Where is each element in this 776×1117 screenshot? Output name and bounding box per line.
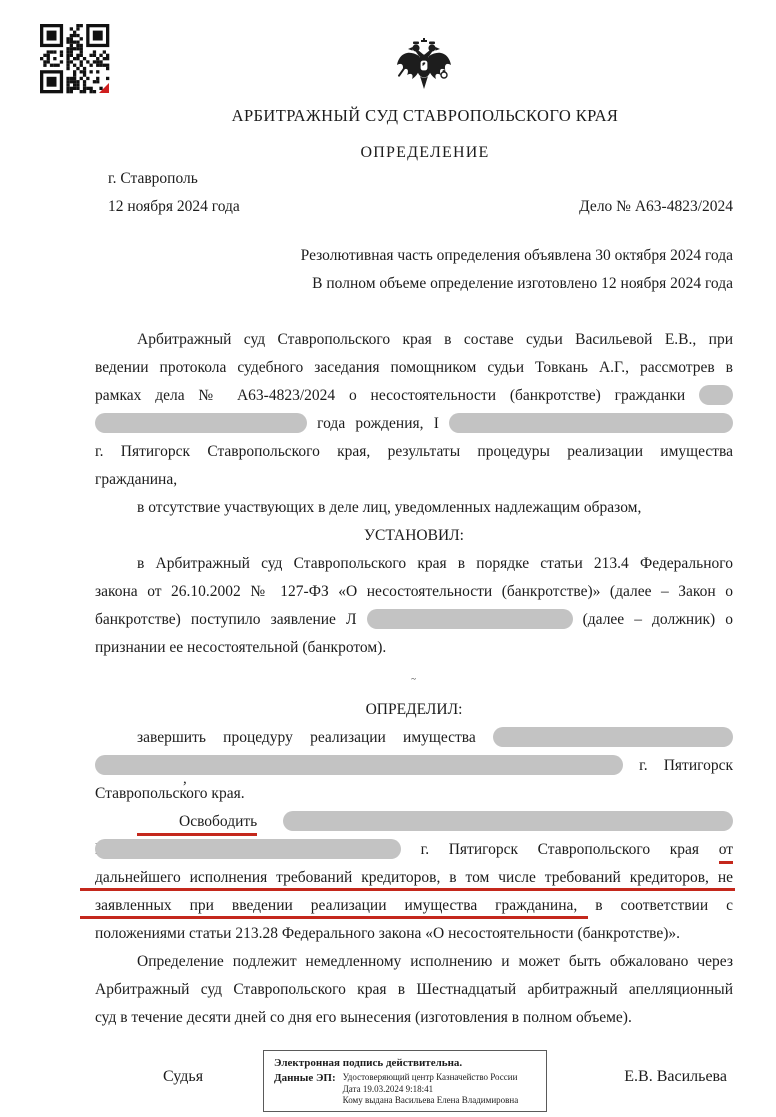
judge-name: Е.В. Васильева xyxy=(95,1068,727,1086)
redaction-bar xyxy=(95,755,623,775)
body-line-18: Освободить ИНН xyxy=(95,808,733,836)
body-text: г. Пятигорск xyxy=(639,757,733,774)
body-text: положениями статьи 213.28 Федерального з… xyxy=(95,925,680,942)
body-line-14: ОПРЕДЕЛИЛ: xyxy=(95,696,733,724)
body-text: суд в течение десяти дней со дня его вын… xyxy=(95,1009,632,1026)
body-line-21: заявленных при введении реализации имуще… xyxy=(95,892,733,920)
announcement-block: Резолютивная часть определения объявлена… xyxy=(95,242,733,298)
body-text: в Арбитражный суд Ставропольского края в… xyxy=(137,555,733,572)
body-text: І xyxy=(434,415,439,432)
red-underline-bar xyxy=(80,888,735,891)
body-text: ведении протокола судебного заседания по… xyxy=(95,359,733,376)
body-line-5: г. Пятигорск Ставропольского края, резул… xyxy=(95,438,733,466)
body-line-3: рамках дела № А63-4823/2024 о несостояте… xyxy=(95,382,733,410)
document-body: Арбитражный суд Ставропольского края в с… xyxy=(95,326,733,1032)
body-line-25: суд в течение десяти дней со дня его вын… xyxy=(95,1004,733,1032)
body-line-2: ведении протокола судебного заседания по… xyxy=(95,354,733,382)
body-line-13: ~ xyxy=(95,662,733,696)
body-line-7: в отсутствие участвующих в деле лиц, уве… xyxy=(95,494,733,522)
body-text: банкротстве) поступило заявление Л xyxy=(95,611,357,628)
body-line-10: закона от 26.10.2002 № 127-ФЗ «О несосто… xyxy=(95,578,733,606)
redaction-bar xyxy=(449,413,733,433)
coat-of-arms-icon xyxy=(394,38,454,96)
body-line-6: гражданина, xyxy=(95,466,733,494)
city-line: г. Ставрополь xyxy=(108,170,198,188)
case-number: Дело № А63-4823/2024 xyxy=(95,198,733,216)
body-line-4: года рождения, І xyxy=(95,410,733,438)
red-underlined-text: Освободить xyxy=(137,812,257,836)
body-text: дальнейшего исполнения требований кредит… xyxy=(95,869,733,886)
redaction-bar xyxy=(95,413,307,433)
body-text: г. Пятигорск Ставропольского края xyxy=(421,841,699,858)
body-text: ~ xyxy=(411,674,417,684)
body-text: рамках дела № А63-4823/2024 о несостояте… xyxy=(95,387,685,404)
body-text: Арбитражный суд Ставропольского края в с… xyxy=(137,331,733,348)
body-line-15: завершить процедуру реализации имущества xyxy=(95,724,733,752)
redaction-bar xyxy=(283,811,733,831)
red-underlined-text: от xyxy=(719,840,733,864)
resolutive-part-line: Резолютивная часть определения объявлена… xyxy=(95,242,733,270)
body-line-9: в Арбитражный суд Ставропольского края в… xyxy=(95,550,733,578)
body-text: Определение подлежит немедленному исполн… xyxy=(137,953,733,970)
qr-code xyxy=(40,24,110,94)
redaction-bar xyxy=(699,385,733,405)
red-underline-bar xyxy=(80,916,588,919)
body-line-16: г. Пятигорск xyxy=(95,752,733,780)
body-text: УСТАНОВИЛ: xyxy=(364,527,464,544)
body-line-22: положениями статьи 213.28 Федерального з… xyxy=(95,920,733,948)
body-line-12: признании ее несостоятельной (банкротом)… xyxy=(95,634,733,662)
body-text: в отсутствие участвующих в деле лиц, уве… xyxy=(137,499,641,516)
body-text: гражданина, xyxy=(95,471,177,488)
body-text: (далее – должник) о xyxy=(583,611,733,628)
body-line-8: УСТАНОВИЛ: xyxy=(95,522,733,550)
court-name: АРБИТРАЖНЫЙ СУД СТАВРОПОЛЬСКОГО КРАЯ xyxy=(95,106,755,126)
body-text: ОПРЕДЕЛИЛ: xyxy=(366,701,463,718)
redaction-bar xyxy=(95,839,401,859)
court-ruling-document: АРБИТРАЖНЫЙ СУД СТАВРОПОЛЬСКОГО КРАЯ ОПР… xyxy=(0,0,776,1117)
stamp-value-line: Кому выдана Васильева Елена Владимировна xyxy=(343,1095,519,1107)
body-text: закона от 26.10.2002 № 127-ФЗ «О несосто… xyxy=(95,583,733,600)
body-line-24: Арбитражный суд Ставропольского края в Ш… xyxy=(95,976,733,1004)
document-type-title: ОПРЕДЕЛЕНИЕ xyxy=(95,144,755,162)
redaction-bar xyxy=(493,727,733,747)
body-line-1: Арбитражный суд Ставропольского края в с… xyxy=(95,326,733,354)
body-line-23: Определение подлежит немедленному исполн… xyxy=(95,948,733,976)
body-text: заявленных при введении реализации имуще… xyxy=(95,897,733,914)
body-text: завершить процедуру реализации имущества xyxy=(137,729,476,746)
redaction-bar xyxy=(367,609,573,629)
body-line-11: банкротстве) поступило заявление Л (дале… xyxy=(95,606,733,634)
body-text: Арбитражный суд Ставропольского края в Ш… xyxy=(95,981,733,998)
body-text: г. Пятигорск Ставропольского края, резул… xyxy=(95,443,733,460)
body-text: Ставропольского края. xyxy=(95,785,245,802)
body-line-19: г. Пятигорск Ставропольского края от xyxy=(95,836,733,864)
full-text-made-line: В полном объеме определение изготовлено … xyxy=(95,270,733,298)
body-text: признании ее несостоятельной (банкротом)… xyxy=(95,639,386,656)
body-text: года рождения, xyxy=(317,415,423,432)
body-line-20: дальнейшего исполнения требований кредит… xyxy=(95,864,733,892)
body-line-17: Ставропольского края. xyxy=(95,780,733,808)
